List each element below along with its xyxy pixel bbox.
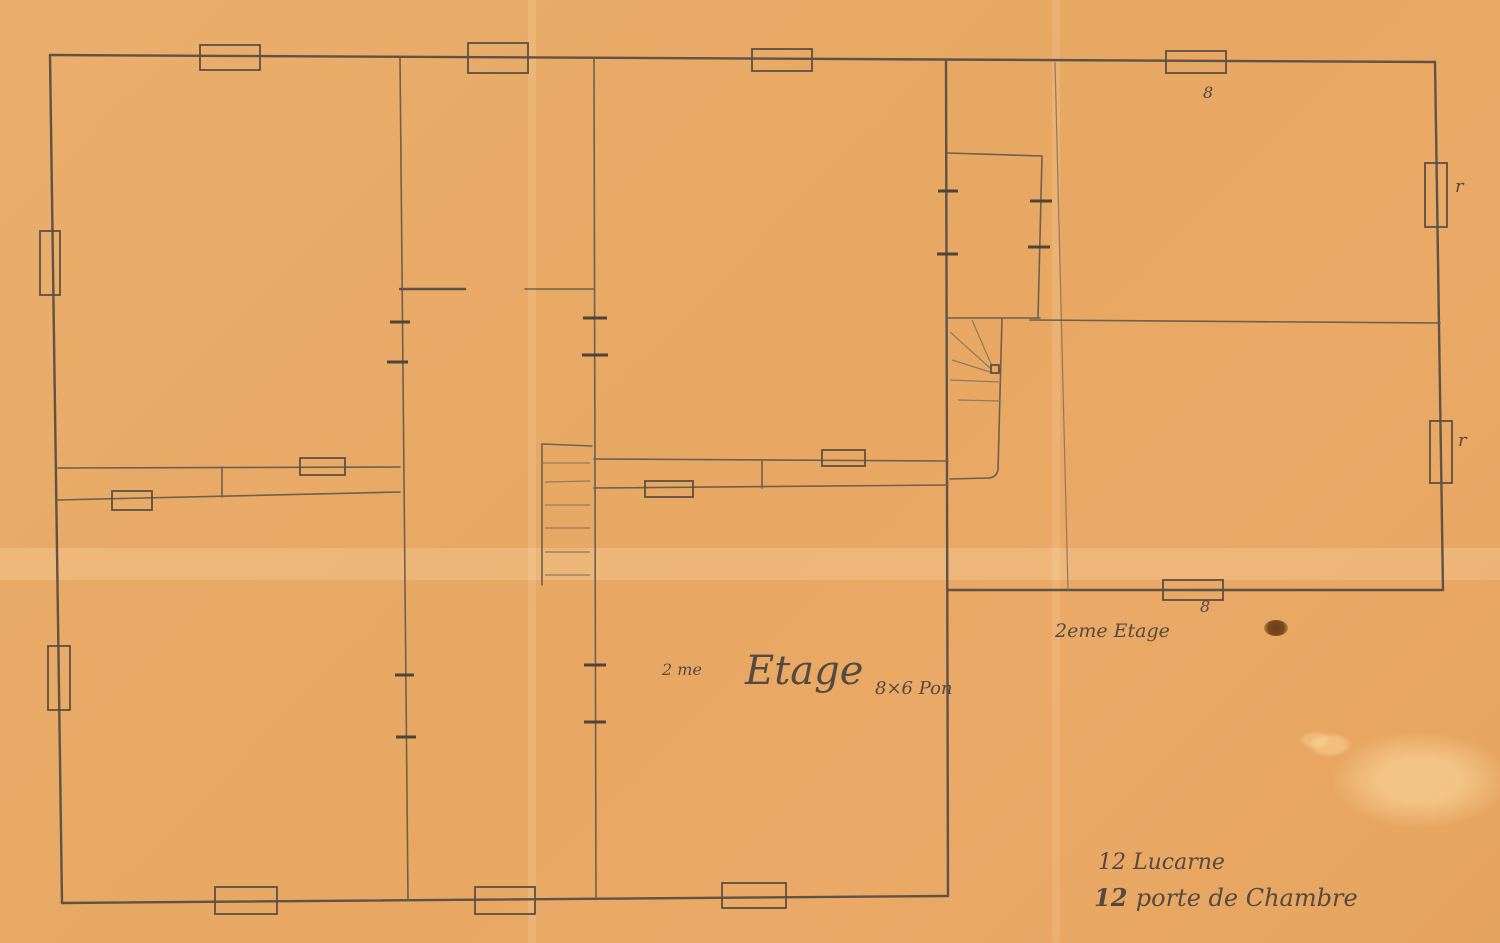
window-bottom-3 [722, 883, 786, 908]
legend-item: 12 Lucarne [1098, 850, 1225, 875]
central-corridor [594, 450, 948, 497]
main-title-prefix: 2 me [662, 660, 702, 679]
staircase [542, 444, 592, 585]
main-title-dims: 8×6 Pon [875, 678, 953, 699]
window-mark-top: 8 [1203, 83, 1213, 102]
window-mark-right-1: r [1455, 176, 1464, 197]
interior-walls [400, 58, 1440, 900]
left-corridor [58, 458, 400, 510]
window-mark-right-2: r [1458, 430, 1467, 451]
ink-stain [1264, 620, 1288, 636]
wing-title: 2eme Etage [1055, 620, 1170, 642]
legend-count: 12 [1094, 883, 1127, 912]
windows [40, 43, 1452, 914]
legend-label: Lucarne [1133, 850, 1225, 875]
legend-count: 12 [1098, 850, 1126, 875]
window-mark-bottom: 8 [1200, 597, 1210, 616]
main-title: Etage [745, 648, 863, 694]
plan-sheet: 2 me Etage 8×6 Pon 2eme Etage 8 r r 8 12… [0, 0, 1500, 943]
stair-hall [948, 153, 1052, 479]
window-top-1 [200, 45, 260, 70]
legend-label: porte de Chambre [1136, 884, 1358, 912]
partition-stubs [387, 191, 958, 737]
floor-plan-drawing [0, 0, 1500, 943]
legend-item: 12 porte de Chambre [1094, 883, 1358, 912]
window-left-1 [40, 231, 60, 295]
outer-walls [50, 55, 1443, 903]
